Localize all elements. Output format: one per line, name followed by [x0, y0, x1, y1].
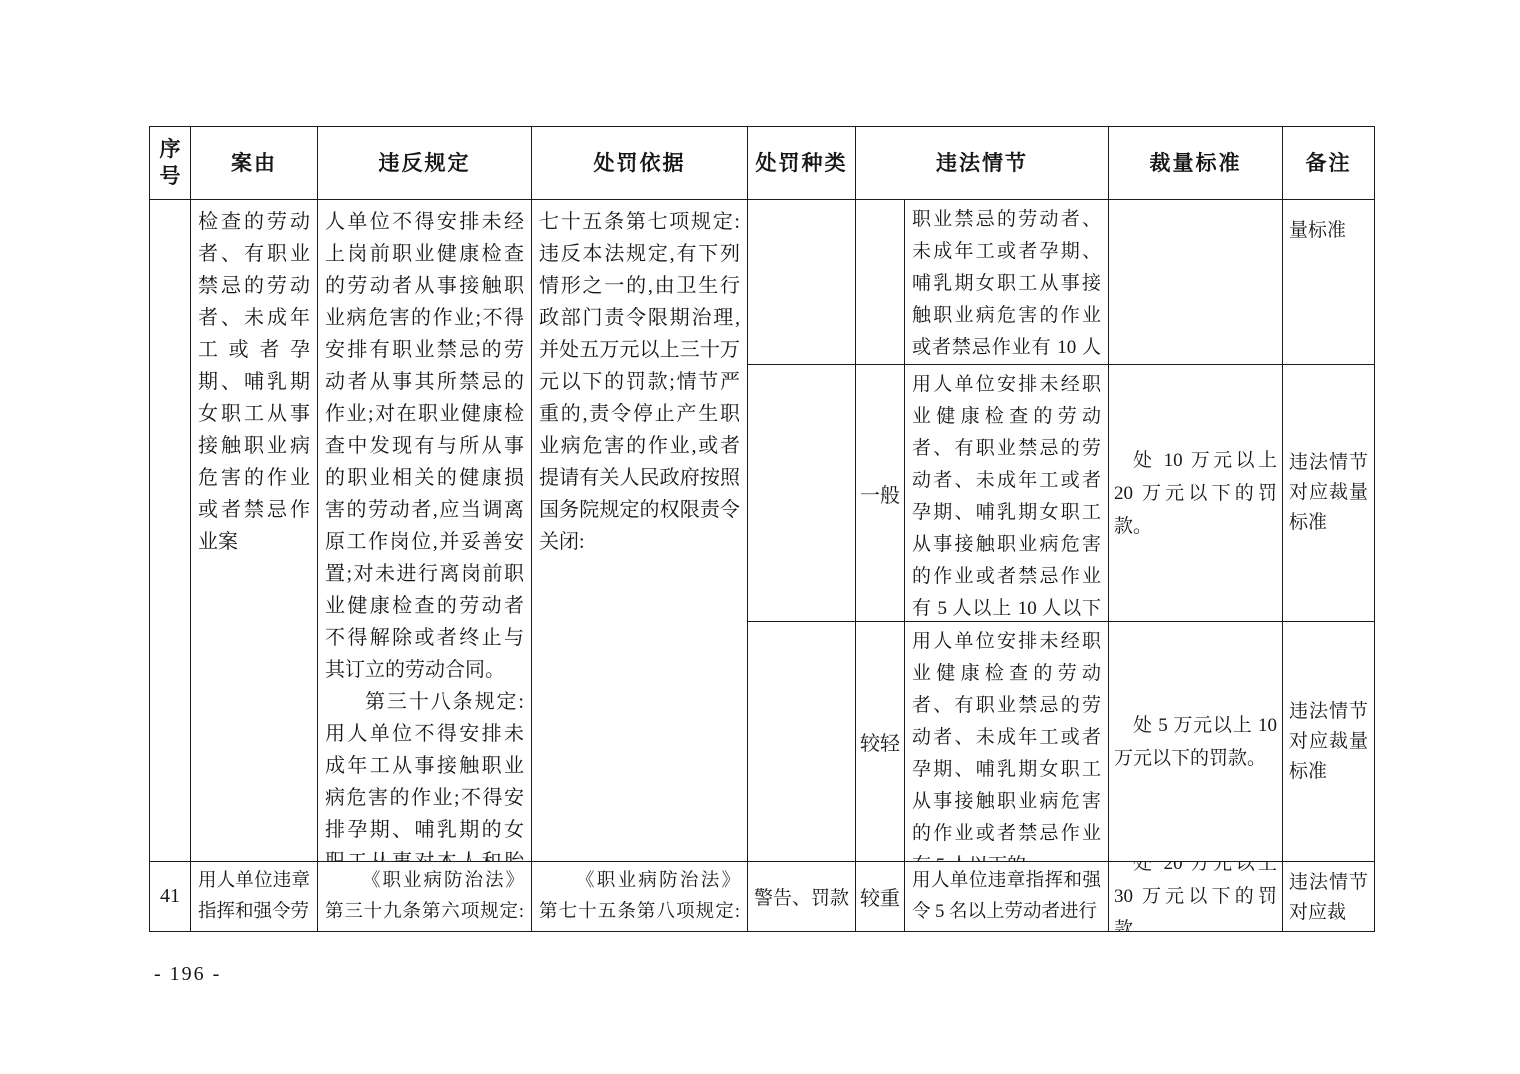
cell-row40-standard-1: [1109, 200, 1283, 365]
cell-row41-basis: 《职业病防治法》第七十五条第八项规定:违: [532, 862, 748, 931]
cell-row40-remark-1: 量标准: [1283, 200, 1374, 365]
row40-standard-3-text: 处 5 万元以上 10 万元以下的罚款。: [1114, 709, 1277, 775]
cell-row41-severity: 较重: [856, 862, 905, 931]
row41-case-text: 用人单位违章指挥和强令劳: [198, 866, 310, 928]
cell-row41-violation: 《职业病防治法》第三十九条第六项规定:劳: [318, 862, 532, 931]
cell-row40-circumstance-2: 用人单位安排未经职业健康检查的劳动者、有职业禁忌的劳动者、未成年工或者孕期、哺乳…: [905, 365, 1109, 622]
cell-row40-no: [150, 200, 191, 862]
row41-basis-text: 《职业病防治法》第七十五条第八项规定:违: [539, 866, 740, 931]
header-standard: 裁量标准: [1109, 127, 1283, 200]
row40-remark-1-text: 量标准: [1289, 216, 1368, 246]
cell-row41-no: 41: [150, 862, 191, 931]
row40-circumstance-3-text: 用人单位安排未经职业健康检查的劳动者、有职业禁忌的劳动者、未成年工或者孕期、哺乳…: [912, 626, 1101, 862]
cell-row41-case: 用人单位违章指挥和强令劳: [191, 862, 318, 931]
cell-row40-penalty-type-1: [748, 200, 856, 365]
row40-circumstance-1-text: 职业禁忌的劳动者、未成年工或者孕期、哺乳期女职工从事接触职业病危害的作业或者禁忌…: [912, 204, 1101, 365]
cell-row40-severity-1: [856, 200, 905, 365]
row40-remark-2-text: 违法情节对应裁量标准: [1289, 448, 1368, 538]
header-violation: 违反规定: [318, 127, 532, 200]
cell-row41-standard: 处 20 万元以上 30 万元以下的罚款。: [1109, 862, 1283, 931]
cell-row40-basis: 七十五条第七项规定:违反本法规定,有下列情形之一的,由卫生行政部门责令限期治理,…: [532, 200, 748, 862]
row40-violation-paragraph-1: 人单位不得安排未经上岗前职业健康检查的劳动者从事接触职业病危害的作业;不得安排有…: [325, 206, 524, 686]
cell-row40-severity-2: 一般: [856, 365, 905, 622]
cell-row41-circumstance: 用人单位违章指挥和强令 5 名以上劳动者进行: [905, 862, 1109, 931]
row40-case-text: 检查的劳动者、有职业禁忌的劳动者、未成年工或者孕期、哺乳期女职工从事接触职业病危…: [198, 206, 310, 558]
header-basis: 处罚依据: [532, 127, 748, 200]
row40-basis-text: 七十五条第七项规定:违反本法规定,有下列情形之一的,由卫生行政部门责令限期治理,…: [539, 206, 740, 558]
cell-row40-circumstance-3: 用人单位安排未经职业健康检查的劳动者、有职业禁忌的劳动者、未成年工或者孕期、哺乳…: [905, 622, 1109, 862]
document-page: 序号 案由 违反规定 处罚依据 处罚种类 违法情节 裁量标准 备注 检查的劳动者…: [0, 0, 1520, 1074]
row40-circumstance-2-text: 用人单位安排未经职业健康检查的劳动者、有职业禁忌的劳动者、未成年工或者孕期、哺乳…: [912, 369, 1101, 622]
row41-circumstance-text: 用人单位违章指挥和强令 5 名以上劳动者进行: [912, 866, 1101, 928]
cell-row40-standard-2: 处 10 万元以上 20 万元以下的罚款。: [1109, 365, 1283, 622]
header-no: 序号: [150, 127, 191, 200]
header-case: 案由: [191, 127, 318, 200]
penalty-table: 序号 案由 违反规定 处罚依据 处罚种类 违法情节 裁量标准 备注 检查的劳动者…: [149, 126, 1375, 932]
cell-row40-severity-3: 较轻: [856, 622, 905, 862]
row40-violation-paragraph-2: 第三十八条规定:用人单位不得安排未成年工从事接触职业病危害的作业;不得安排孕期、…: [325, 686, 524, 862]
row41-standard-text: 处 20 万元以上 30 万元以下的罚款。: [1114, 862, 1277, 931]
cell-row40-circumstance-1: 职业禁忌的劳动者、未成年工或者孕期、哺乳期女职工从事接触职业病危害的作业或者禁忌…: [905, 200, 1109, 365]
row41-violation-text: 《职业病防治法》第三十九条第六项规定:劳: [325, 866, 524, 931]
row40-remark-3-text: 违法情节对应裁量标准: [1289, 697, 1368, 787]
row40-standard-2-text: 处 10 万元以上 20 万元以下的罚款。: [1114, 444, 1277, 543]
row41-remark-text: 违法情节对应裁: [1289, 868, 1368, 928]
page-number: - 196 -: [154, 963, 221, 986]
cell-row40-remark-2: 违法情节对应裁量标准: [1283, 365, 1374, 622]
cell-row41-remark: 违法情节对应裁: [1283, 862, 1374, 931]
cell-row40-standard-3: 处 5 万元以上 10 万元以下的罚款。: [1109, 622, 1283, 862]
header-remark: 备注: [1283, 127, 1374, 200]
header-circumstance: 违法情节: [856, 127, 1109, 200]
cell-row40-penalty-type-2: [748, 365, 856, 622]
cell-row40-violation: 人单位不得安排未经上岗前职业健康检查的劳动者从事接触职业病危害的作业;不得安排有…: [318, 200, 532, 862]
cell-row40-remark-3: 违法情节对应裁量标准: [1283, 622, 1374, 862]
header-penalty-type: 处罚种类: [748, 127, 856, 200]
cell-row41-penalty-type: 警告、罚款: [748, 862, 856, 931]
cell-row40-case: 检查的劳动者、有职业禁忌的劳动者、未成年工或者孕期、哺乳期女职工从事接触职业病危…: [191, 200, 318, 862]
cell-row40-penalty-type-3: [748, 622, 856, 862]
